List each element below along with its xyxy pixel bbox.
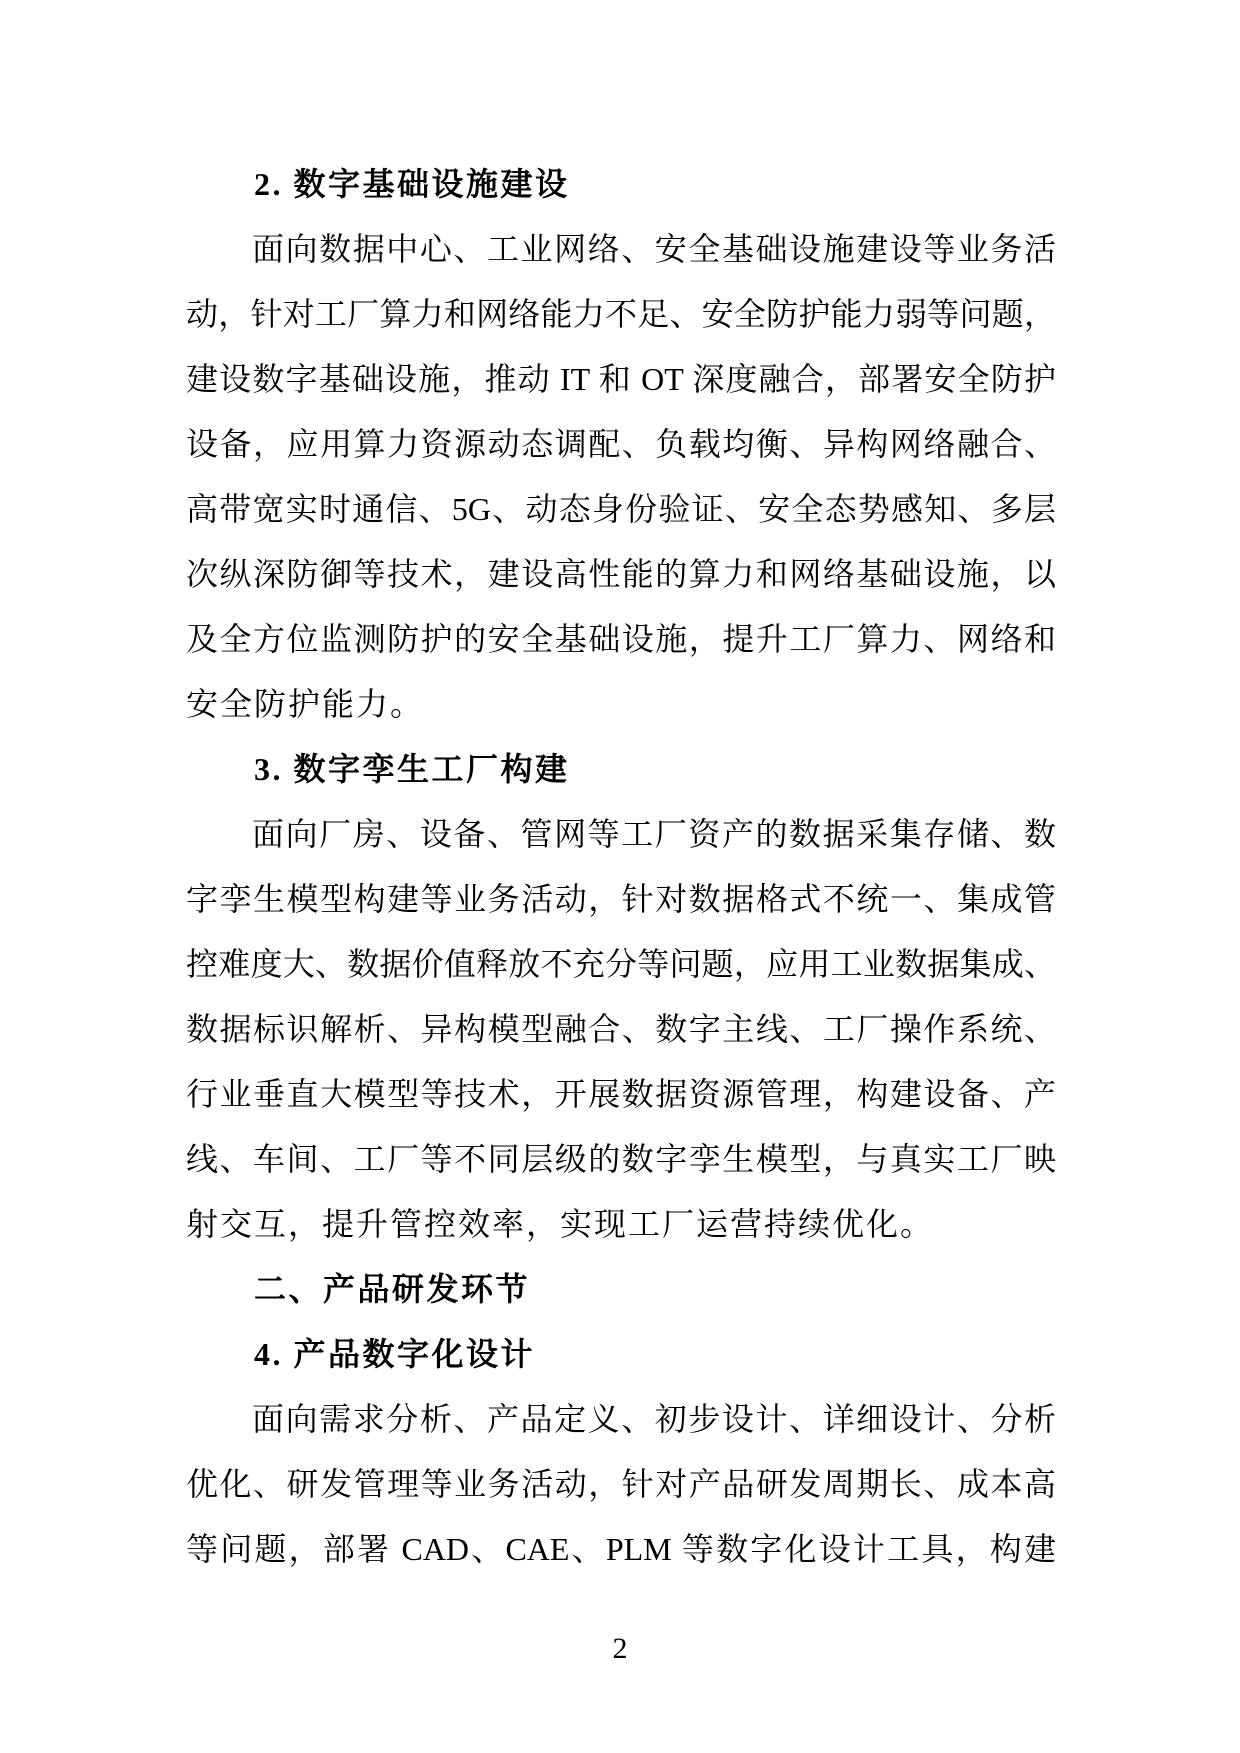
text-line: 优化、研发管理等业务活动，针对产品研发周期长、成本高 [186, 1452, 1056, 1517]
document-page: 2. 数字基础设施建设面向数据中心、工业网络、安全基础设施建设等业务活动，针对工… [0, 0, 1240, 1753]
page-footer: 2 [0, 1632, 1240, 1666]
text-line: 面向数据中心、工业网络、安全基础设施建设等业务活 [186, 217, 1056, 282]
text-line: 建设数字基础设施，推动 IT 和 OT 深度融合，部署安全防护 [186, 347, 1056, 412]
text-line: 等问题，部署 CAD、CAE、PLM 等数字化设计工具，构建 [186, 1517, 1056, 1582]
text-line: 线、车间、工厂等不同层级的数字孪生模型，与真实工厂映 [186, 1127, 1056, 1192]
heading-item-3: 3. 数字孪生工厂构建 [186, 737, 1056, 802]
text-line: 控难度大、数据价值释放不充分等问题，应用工业数据集成、 [186, 932, 1056, 997]
heading-section-product-rnd: 二、产品研发环节 [186, 1257, 1056, 1322]
text-line: 高带宽实时通信、5G、动态身份验证、安全态势感知、多层 [186, 477, 1056, 542]
text-line: 次纵深防御等技术，建设高性能的算力和网络基础设施，以 [186, 542, 1056, 607]
text-line: 面向厂房、设备、管网等工厂资产的数据采集存储、数 [186, 802, 1056, 867]
text-line: 数据标识解析、异构模型融合、数字主线、工厂操作系统、 [186, 997, 1056, 1062]
heading-item-2: 2. 数字基础设施建设 [186, 152, 1056, 217]
document-content: 2. 数字基础设施建设面向数据中心、工业网络、安全基础设施建设等业务活动，针对工… [186, 152, 1056, 1582]
text-line: 动，针对工厂算力和网络能力不足、安全防护能力弱等问题， [186, 282, 1056, 347]
text-line: 及全方位监测防护的安全基础设施，提升工厂算力、网络和 [186, 607, 1056, 672]
text-line: 行业垂直大模型等技术，开展数据资源管理，构建设备、产 [186, 1062, 1056, 1127]
text-line: 面向需求分析、产品定义、初步设计、详细设计、分析 [186, 1387, 1056, 1452]
page-number: 2 [613, 1632, 628, 1665]
paragraph-digital-infrastructure: 面向数据中心、工业网络、安全基础设施建设等业务活动，针对工厂算力和网络能力不足、… [186, 217, 1056, 737]
heading-item-4: 4. 产品数字化设计 [186, 1322, 1056, 1387]
text-line: 安全防护能力。 [186, 672, 1056, 737]
paragraph-product-digital-design: 面向需求分析、产品定义、初步设计、详细设计、分析优化、研发管理等业务活动，针对产… [186, 1387, 1056, 1582]
text-line: 设备，应用算力资源动态调配、负载均衡、异构网络融合、 [186, 412, 1056, 477]
paragraph-digital-twin-factory: 面向厂房、设备、管网等工厂资产的数据采集存储、数字孪生模型构建等业务活动，针对数… [186, 802, 1056, 1257]
text-line: 射交互，提升管控效率，实现工厂运营持续优化。 [186, 1192, 1056, 1257]
text-line: 字孪生模型构建等业务活动，针对数据格式不统一、集成管 [186, 867, 1056, 932]
